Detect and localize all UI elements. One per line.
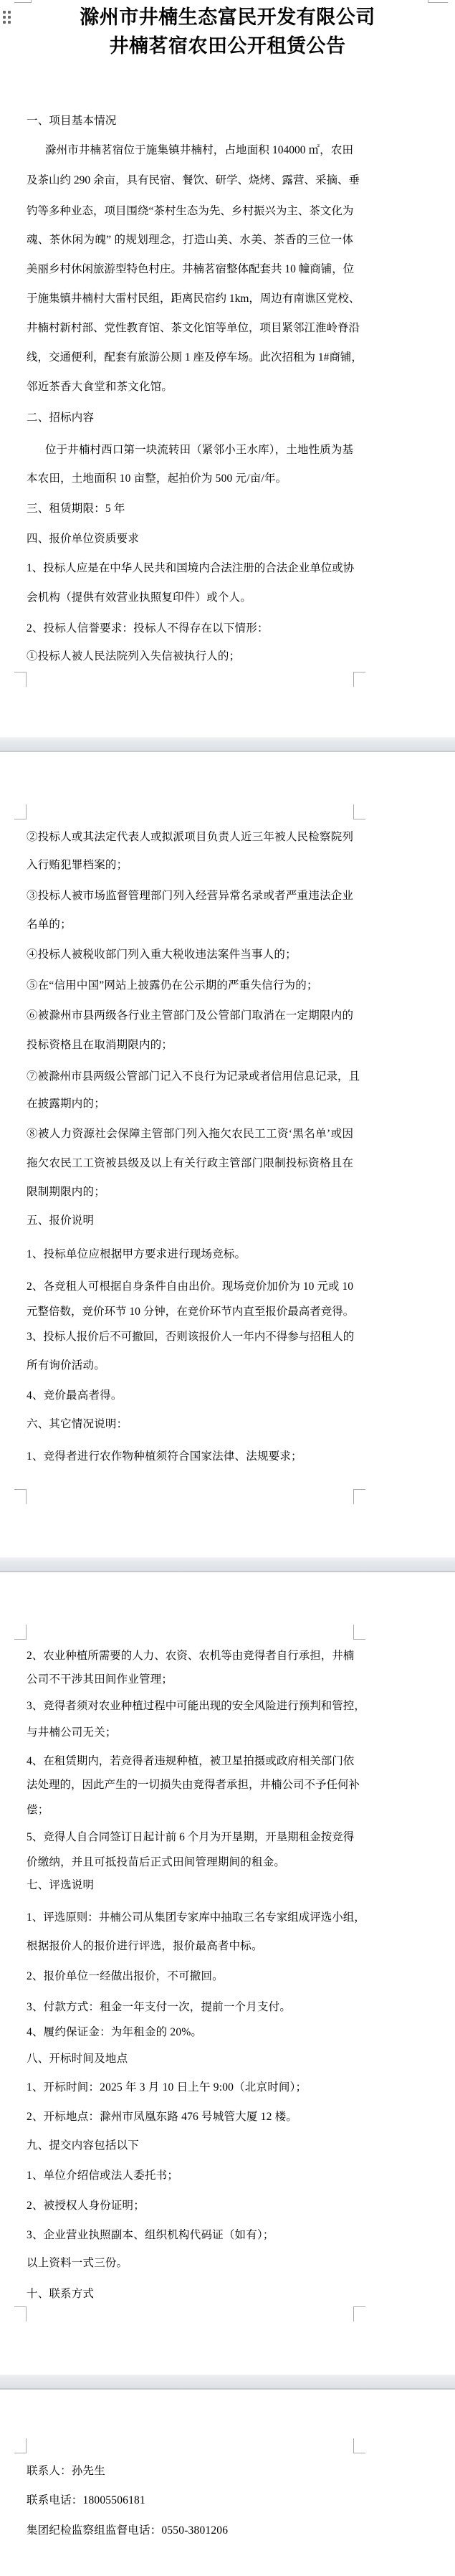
doc-line[interactable]: 集团纪检监察组监督电话：0550-3801206 xyxy=(27,2523,228,2539)
margin-mark xyxy=(26,2438,27,2453)
doc-line[interactable]: 一、项目基本情况 xyxy=(27,113,117,129)
doc-line[interactable]: 4、在租赁期内，若竞得者违规种植，被卫星拍摄或政府相关部门依 xyxy=(27,1754,353,1769)
margin-mark xyxy=(26,672,27,687)
doc-line[interactable]: 1、投标单位应根据甲方要求进行现场竞标。 xyxy=(27,1247,246,1263)
margin-mark xyxy=(14,672,27,672)
doc-line[interactable]: 4、竞价最高者得。 xyxy=(27,1388,123,1404)
doc-line[interactable]: ②投标人或其法定代表人或拟派项目负责人近三年被人民检察院列 xyxy=(27,830,353,845)
doc-line[interactable]: ⑦被滁州市县两级公管部门记入不良行为记录或者信用信息记录，且 xyxy=(27,1069,353,1085)
margin-mark xyxy=(428,2,448,3)
doc-line[interactable]: 以上资料一式三份。 xyxy=(27,2256,128,2271)
doc-line[interactable]: 井楠村新村部、党性教育馆、茶文化馆等单位，项目紧邻江淮岭脊沿 xyxy=(27,320,353,336)
doc-line[interactable]: 公司不干涉其田间作业管理； xyxy=(27,1672,173,1688)
doc-line[interactable]: 七、评选说明 xyxy=(27,1878,94,1893)
doc-line[interactable]: 价缴纳，并且可抵投苗后正式田间管理期间的租金。 xyxy=(27,1855,285,1871)
doc-line[interactable]: 5、竞得人自合同签订日起计前 6 个月为开垦期，开垦期租金按竞得 xyxy=(27,1830,353,1845)
margin-mark xyxy=(14,1489,27,1490)
doc-line[interactable]: 滁州市井楠茗宿位于施集镇井楠村，占地面积 104000 ㎡，农田 xyxy=(45,143,353,158)
margin-mark xyxy=(353,1489,354,1504)
doc-line[interactable]: ⑤在“信用中国”网站上披露仍在公示期的严重失信行为的； xyxy=(27,978,318,994)
doc-line[interactable]: 三、租赁期限：5 年 xyxy=(27,501,125,517)
margin-mark xyxy=(31,0,32,3)
doc-line[interactable]: 2、投标人信誉要求：投标人不得存在以下情形： xyxy=(27,621,269,637)
margin-mark xyxy=(14,819,27,819)
doc-line[interactable]: 根据报价人的报价进行评选，报价最高者中标。 xyxy=(27,1939,263,1954)
doc-line[interactable]: 2、开标地点：滁州市凤凰东路 476 号城管大厦 12 楼。 xyxy=(27,2109,297,2125)
doc-line[interactable]: 1、投标人应是在中华人民共和国境内合法注册的合法企业单位或协 xyxy=(27,561,353,576)
doc-line[interactable]: 所有询价活动。 xyxy=(27,1358,105,1374)
doc-line[interactable]: 2、被授权人身份证明； xyxy=(27,2198,145,2214)
doc-line[interactable]: 于施集镇井楠村大雷村民组，距离民宿约 1km，周边有南谯区党校、 xyxy=(27,291,353,307)
margin-mark xyxy=(353,2306,354,2321)
doc-line[interactable]: 3、竞得者须对农业种植过程中可能出现的安全风险进行预判和管控， xyxy=(27,1698,353,1714)
doc-line[interactable]: 限制期限内的； xyxy=(27,1184,105,1200)
doc-line[interactable]: 偿； xyxy=(27,1802,49,1818)
margin-mark xyxy=(353,1639,365,1640)
margin-mark xyxy=(353,2438,354,2453)
margin-mark xyxy=(14,2453,27,2453)
doc-line[interactable]: 四、报价单位资质要求 xyxy=(27,531,139,547)
margin-mark xyxy=(428,0,428,3)
margin-mark xyxy=(14,2306,27,2307)
doc-line[interactable]: 联系电话：18005506181 xyxy=(27,2493,145,2509)
doc-line[interactable]: 元整倍数，竞价环节 10 分钟，在竞价环节内直至报价最高者竞得。 xyxy=(27,1304,353,1320)
doc-line[interactable]: 2、各竞租人可根据自身条件自由出价。现场竞价加价为 10 元或 10 xyxy=(27,1279,353,1295)
page-separator[interactable] xyxy=(0,737,455,752)
doc-line[interactable]: 拖欠农民工工资被县级及以上有关行政主管部门限制投标资格且在 xyxy=(27,1156,353,1171)
doc-line[interactable]: 1、单位介绍信或法人委托书； xyxy=(27,2168,178,2184)
doc-line[interactable]: 八、开标时间及地点 xyxy=(27,2051,128,2067)
margin-mark xyxy=(26,1625,27,1640)
doc-line[interactable]: 3、企业营业执照副本、组织机构代码证（如有）； xyxy=(27,2228,274,2243)
doc-line[interactable]: ①投标人被人民法院列入失信被执行人的； xyxy=(27,649,240,665)
margin-mark xyxy=(353,1625,354,1640)
margin-mark xyxy=(353,819,365,819)
page-4[interactable] xyxy=(0,2390,455,2576)
doc-line[interactable]: 六、其它情况说明： xyxy=(27,1417,128,1432)
doc-title-line[interactable]: 井楠茗宿农田公开租赁公告 xyxy=(0,33,455,59)
doc-line[interactable]: 2、报价单位一经做出报价，不可撤回。 xyxy=(27,1969,224,1985)
doc-line[interactable]: 4、履约保证金：为年租金的 20%。 xyxy=(27,2025,202,2040)
document-canvas: 滁州市井楠生态富民开发有限公司井楠茗宿农田公开租赁公告一、项目基本情况滁州市井楠… xyxy=(0,0,455,2576)
margin-mark xyxy=(26,2306,27,2321)
margin-mark xyxy=(14,2,31,3)
doc-line[interactable]: 本农田，土地面积 10 亩整，起拍价为 500 元/亩/年。 xyxy=(27,471,287,487)
doc-title-line[interactable]: 滁州市井楠生态富民开发有限公司 xyxy=(0,4,455,30)
margin-mark xyxy=(26,804,27,819)
doc-line[interactable]: 法处理的，因此产生的一切损失由竞得者承担，井楠公司不予任何补 xyxy=(27,1777,353,1793)
doc-line[interactable]: 会机构（提供有效营业执照复印件）或个人。 xyxy=(27,590,252,606)
doc-line[interactable]: 2、农业种植所需要的人力、农资、农机等由竞得者自行承担，井楠 xyxy=(27,1648,353,1664)
doc-line[interactable]: 投标资格且在取消期限内的； xyxy=(27,1037,173,1053)
doc-line[interactable]: 3、付款方式：租金一年支付一次，提前一个月支付。 xyxy=(27,2000,291,2015)
margin-mark xyxy=(353,2306,365,2307)
doc-line[interactable]: 入行贿犯罪档案的； xyxy=(27,857,128,873)
margin-mark xyxy=(353,672,365,672)
doc-line[interactable]: ⑥被滁州市县两级各行业主管部门及公管部门取消在一定期限内的 xyxy=(27,1008,353,1024)
doc-line[interactable]: 九、提交内容包括以下 xyxy=(27,2138,139,2154)
doc-line[interactable]: 1、评选原则：井楠公司从集团专家库中抽取三名专家组成评选小组， xyxy=(27,1910,353,1926)
doc-line[interactable]: ④投标人被税收部门列入重大税收违法案件当事人的； xyxy=(27,947,297,963)
doc-line[interactable]: 美丽乡村休闲旅游型特色村庄。井楠茗宿整体配套共 10 幢商铺，位 xyxy=(27,262,353,277)
margin-mark xyxy=(353,804,354,819)
doc-line[interactable]: 魂、茶休闲为魄” 的规划理念，打造山美、水美、茶香的三位一体 xyxy=(27,232,353,248)
margin-mark xyxy=(353,1489,365,1490)
margin-mark xyxy=(353,672,354,687)
doc-line[interactable]: 钓等多种业态，项目围绕“茶村生态为先、乡村振兴为主、茶文化为 xyxy=(27,204,353,219)
margin-mark xyxy=(26,1489,27,1504)
margin-mark xyxy=(353,2453,365,2453)
doc-line[interactable]: 在披露期内的； xyxy=(27,1096,105,1112)
doc-line[interactable]: 五、报价说明 xyxy=(27,1213,94,1229)
doc-line[interactable]: 与井楠公司无关； xyxy=(27,1725,117,1741)
doc-line[interactable]: 及茶山约 290 余亩，具有民宿、餐饮、研学、烧烤、露营、采摘、垂 xyxy=(27,173,353,189)
doc-line[interactable]: 1、竞得者进行农作物种植须符合国家法律、法规要求； xyxy=(27,1449,302,1465)
doc-line[interactable]: ⑧被人力资源社会保障主管部门列入拖欠农民工工资‘黑名单’或因 xyxy=(27,1126,353,1142)
doc-line[interactable]: 十、联系方式 xyxy=(27,2286,94,2302)
doc-line[interactable]: 位于井楠村西口第一块流转田（紧邻小王水库），土地性质为基 xyxy=(45,442,353,458)
doc-line[interactable]: 名单的； xyxy=(27,917,72,933)
page-separator[interactable] xyxy=(0,1557,455,1572)
margin-mark xyxy=(14,1639,27,1640)
doc-line[interactable]: 联系人：孙先生 xyxy=(27,2463,105,2479)
doc-line[interactable]: ③投标人被市场监督管理部门列入经营异常名录或者严重违法企业 xyxy=(27,888,353,904)
doc-line[interactable]: 3、投标人报价后不可撤回，否则该报价人一年内不得参与招租人的 xyxy=(27,1329,353,1345)
doc-line[interactable]: 1、开标时间：2025 年 3 月 10 日上午 9:00（北京时间）； xyxy=(27,2080,307,2096)
doc-line[interactable]: 二、招标内容 xyxy=(27,410,94,426)
doc-line[interactable]: 线，交通便利，配套有旅游公厕 1 座及停车场。此次招租为 1#商铺， xyxy=(27,350,353,366)
doc-line[interactable]: 邻近茶香大食堂和茶文化馆。 xyxy=(27,379,173,395)
page-separator[interactable] xyxy=(0,2375,455,2390)
